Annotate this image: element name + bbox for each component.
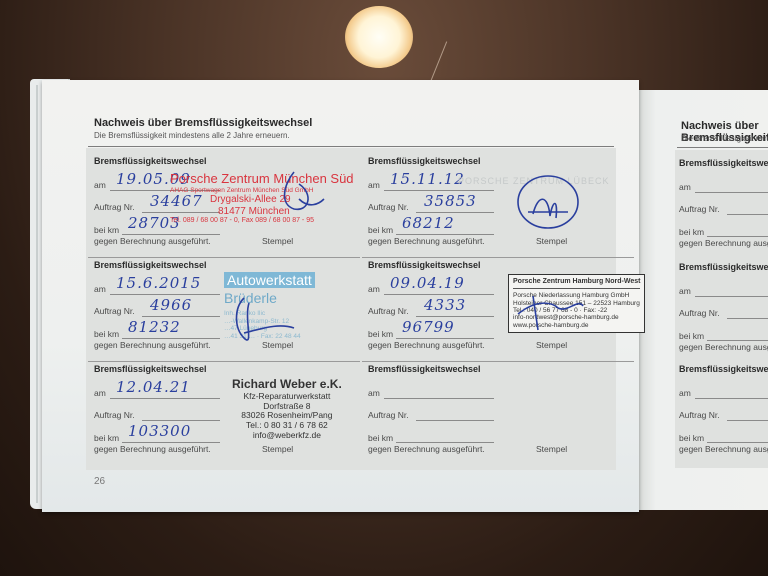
entry-title: Bremsflüssigkeitswechsel — [679, 158, 768, 168]
brake-fluid-entry: Bremsflüssigkeitswechsel am Auftrag Nr. … — [368, 362, 628, 462]
footer-label: gegen Berechnung ausgeführt. — [94, 444, 211, 454]
right-page-entry: Bremsflüssigkeitswechsel am Auftrag Nr. … — [679, 362, 768, 462]
table-scratch — [430, 41, 447, 82]
footer-label: gegen Berechnung ausgeführt. — [679, 342, 768, 352]
signature — [94, 154, 354, 254]
brake-fluid-entry: Bremsflüssigkeitswechsel am 09.04.19 Auf… — [368, 258, 628, 358]
km-label: bei km — [368, 433, 393, 443]
order-label: Auftrag Nr. — [94, 410, 135, 420]
date-value: 12.04.21 — [116, 378, 191, 396]
km-value: 103300 — [128, 422, 191, 440]
stamp-label: Stempel — [536, 444, 567, 454]
km-label: bei km — [679, 331, 704, 341]
km-label: bei km — [94, 433, 119, 443]
entry-title: Bremsflüssigkeitswechsel — [679, 262, 768, 272]
signature — [368, 258, 628, 358]
entry-title: Bremsflüssigkeitswechsel — [94, 364, 207, 374]
page-heading: Nachweis über Bremsflüssigkeitswechsel — [94, 117, 312, 129]
km-label: bei km — [679, 227, 704, 237]
footer-label: gegen Berechnung ausgeführt. — [679, 444, 768, 454]
order-label: Auftrag Nr. — [368, 410, 409, 420]
right-page-subheading: Die Bremsflüssigkeit mindestens alle 2 J… — [681, 134, 768, 143]
brake-fluid-entry: Bremsflüssigkeitswechsel am 15.11.12 Auf… — [368, 154, 628, 254]
entry-title: Bremsflüssigkeitswechsel — [679, 364, 768, 374]
brake-fluid-entry: Bremsflüssigkeitswechsel am 19.05.09 Auf… — [94, 154, 354, 254]
date-label: am — [679, 182, 691, 192]
lamp-reflection — [345, 6, 413, 68]
right-page: Nachweis über Bremsflüssigkeitswechsel D… — [639, 90, 768, 510]
footer-label: gegen Berechnung ausgeführt. — [679, 238, 768, 248]
left-page: Nachweis über Bremsflüssigkeitswechsel D… — [42, 80, 639, 512]
workshop-stamp: Richard Weber e.K.Kfz-Reparaturwerkstatt… — [232, 378, 342, 441]
stamp-label: Stempel — [262, 444, 293, 454]
signature — [368, 154, 628, 254]
brake-fluid-entry: Bremsflüssigkeitswechsel am 15.6.2015 Au… — [94, 258, 354, 358]
date-label: am — [368, 388, 380, 398]
right-page-entry: Bremsflüssigkeitswechsel am Auftrag Nr. … — [679, 260, 768, 360]
footer-label: gegen Berechnung ausgeführt. — [368, 444, 485, 454]
entry-title: Bremsflüssigkeitswechsel — [368, 364, 481, 374]
order-label: Auftrag Nr. — [679, 308, 720, 318]
page-number: 26 — [94, 476, 105, 487]
right-page-entry: Bremsflüssigkeitswechsel am Auftrag Nr. … — [679, 156, 768, 256]
brake-fluid-entry: Bremsflüssigkeitswechsel am 12.04.21 Auf… — [94, 362, 354, 462]
order-label: Auftrag Nr. — [679, 204, 720, 214]
order-label: Auftrag Nr. — [679, 410, 720, 420]
date-label: am — [94, 388, 106, 398]
page-subheading: Die Bremsflüssigkeit mindestens alle 2 J… — [94, 131, 290, 140]
date-label: am — [679, 388, 691, 398]
signature — [94, 258, 354, 358]
km-label: bei km — [679, 433, 704, 443]
date-label: am — [679, 286, 691, 296]
